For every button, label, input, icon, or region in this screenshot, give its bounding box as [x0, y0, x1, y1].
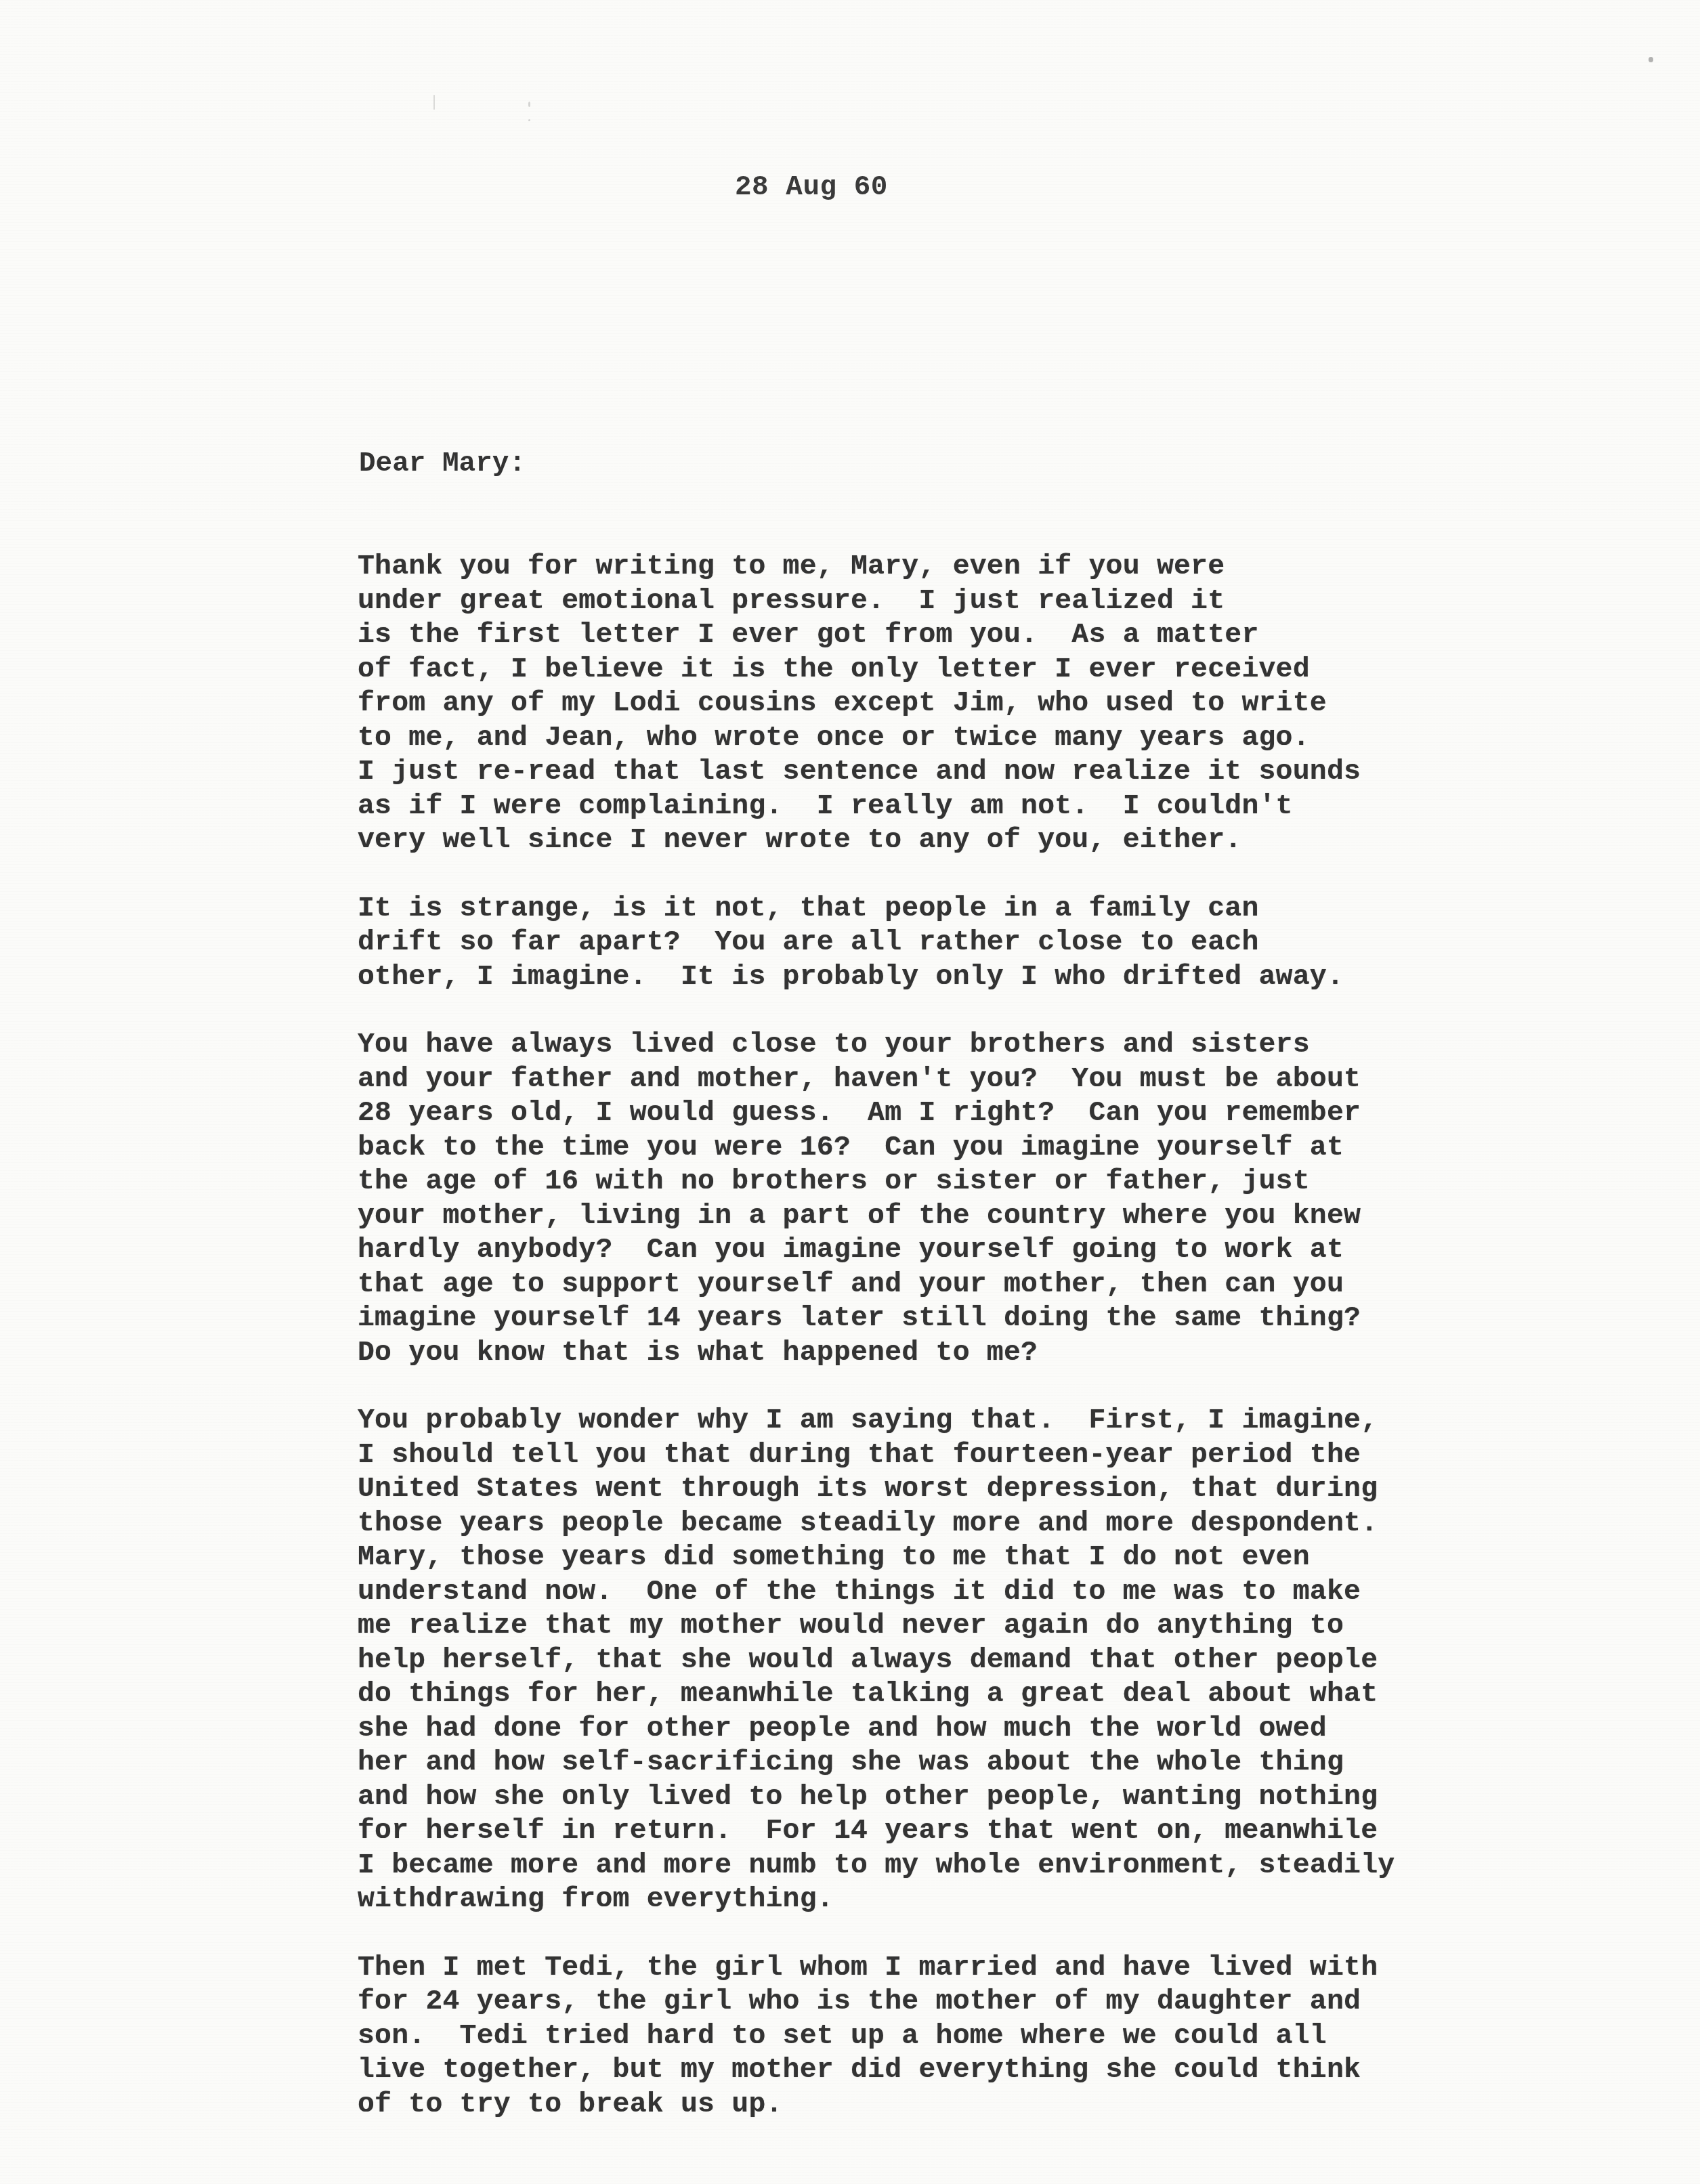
paragraph-4: You probably wonder why I am saying that…	[358, 1404, 1644, 1917]
ink-speck	[528, 102, 530, 107]
text-line: Mary, those years did something to me th…	[358, 1541, 1644, 1575]
paragraph-3: You have always lived close to your brot…	[358, 1028, 1644, 1370]
text-line: to me, and Jean, who wrote once or twice…	[358, 721, 1644, 756]
text-line: her and how self-sacrificing she was abo…	[358, 1746, 1644, 1780]
ink-speck	[433, 95, 435, 110]
text-line: under great emotional pressure. I just r…	[358, 584, 1644, 619]
text-line: other, I imagine. It is probably only I …	[358, 960, 1644, 995]
text-line: of to try to break us up.	[358, 2088, 1644, 2122]
text-line: You probably wonder why I am saying that…	[358, 1404, 1644, 1438]
text-line: of fact, I believe it is the only letter…	[358, 653, 1644, 687]
text-line: I became more and more numb to my whole …	[358, 1849, 1644, 1883]
text-line: very well since I never wrote to any of …	[358, 823, 1644, 858]
text-line: I just re-read that last sentence and no…	[358, 755, 1644, 790]
text-line: United States went through its worst dep…	[358, 1472, 1644, 1507]
salutation: Dear Mary:	[359, 447, 526, 481]
text-line: drift so far apart? You are all rather c…	[358, 926, 1644, 960]
text-line: me realize that my mother would never ag…	[358, 1609, 1644, 1644]
text-line: help herself, that she would always dema…	[358, 1644, 1644, 1678]
text-line: those years people became steadily more …	[358, 1507, 1644, 1541]
text-line: for 24 years, the girl who is the mother…	[358, 1985, 1644, 2019]
text-line: from any of my Lodi cousins except Jim, …	[358, 687, 1644, 721]
ink-speck	[528, 119, 530, 121]
text-line: It is strange, is it not, that people in…	[358, 892, 1644, 926]
paragraph-5: Then I met Tedi, the girl whom I married…	[358, 1951, 1644, 2122]
text-line: do things for her, meanwhile talking a g…	[358, 1677, 1644, 1712]
text-line: is the first letter I ever got from you.…	[358, 618, 1644, 653]
letter-page: 28 Aug 60 Dear Mary: Thank you for writi…	[0, 0, 1700, 2184]
text-line: understand now. One of the things it did…	[358, 1575, 1644, 1610]
text-line: the age of 16 with no brothers or sister…	[358, 1165, 1644, 1199]
text-line: live together, but my mother did everyth…	[358, 2053, 1644, 2088]
text-line: that age to support yourself and your mo…	[358, 1268, 1644, 1302]
text-line: son. Tedi tried hard to set up a home wh…	[358, 2019, 1644, 2054]
text-line: and how she only lived to help other peo…	[358, 1780, 1644, 1815]
text-line: for herself in return. For 14 years that…	[358, 1814, 1644, 1849]
text-line: I should tell you that during that fourt…	[358, 1438, 1644, 1473]
text-line: and your father and mother, haven't you?…	[358, 1063, 1644, 1097]
text-line: 28 years old, I would guess. Am I right?…	[358, 1096, 1644, 1131]
letter-body: Thank you for writing to me, Mary, even …	[358, 550, 1644, 2156]
text-line: withdrawing from everything.	[358, 1883, 1644, 1917]
paragraph-1: Thank you for writing to me, Mary, even …	[358, 550, 1644, 858]
paragraph-2: It is strange, is it not, that people in…	[358, 892, 1644, 995]
text-line: You have always lived close to your brot…	[358, 1028, 1644, 1063]
ink-speck	[1649, 57, 1653, 62]
text-line: Do you know that is what happened to me?	[358, 1336, 1644, 1371]
text-line: Thank you for writing to me, Mary, even …	[358, 550, 1644, 584]
text-line: hardly anybody? Can you imagine yourself…	[358, 1233, 1644, 1268]
text-line: your mother, living in a part of the cou…	[358, 1199, 1644, 1234]
text-line: imagine yourself 14 years later still do…	[358, 1302, 1644, 1336]
text-line: Then I met Tedi, the girl whom I married…	[358, 1951, 1644, 1986]
text-line: back to the time you were 16? Can you im…	[358, 1131, 1644, 1165]
letter-date: 28 Aug 60	[735, 171, 888, 205]
text-line: she had done for other people and how mu…	[358, 1712, 1644, 1747]
text-line: as if I were complaining. I really am no…	[358, 790, 1644, 824]
